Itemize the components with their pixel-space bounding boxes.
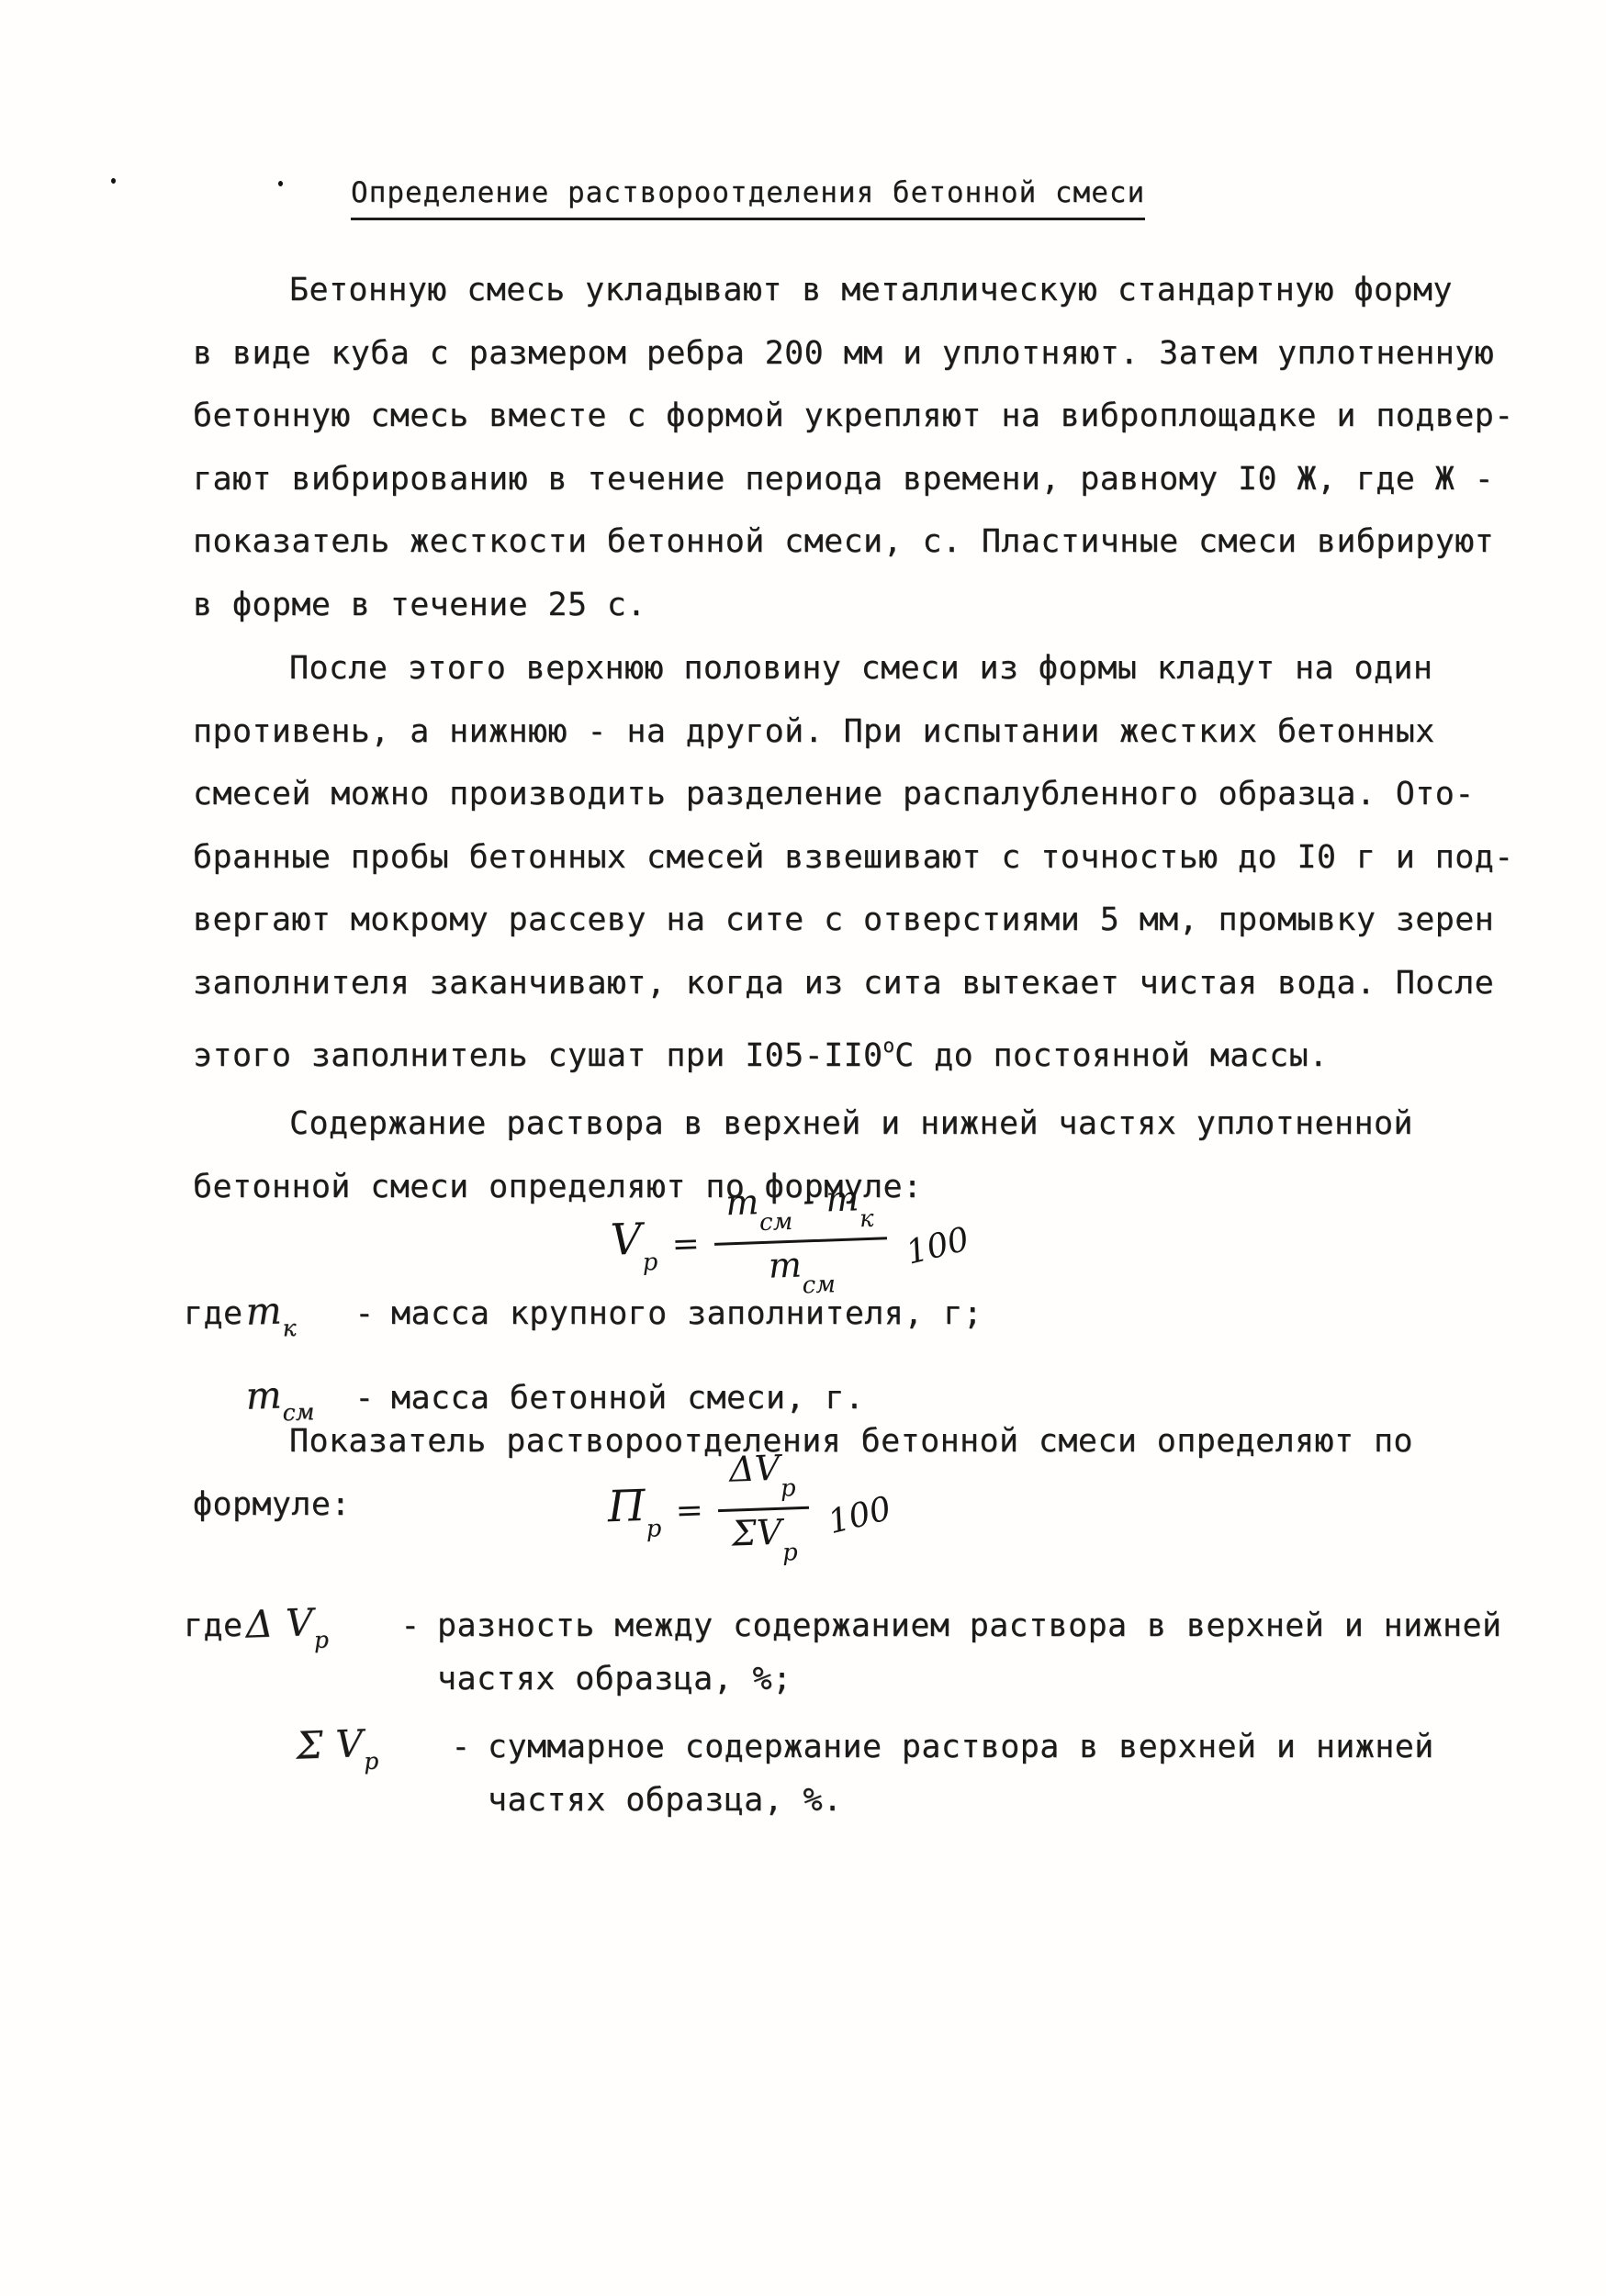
text-line: противень, а нижнюю - на другой. При исп…: [193, 700, 1514, 764]
formula-mortar-volume: Vр = mсм-mк mсм 100: [609, 1176, 969, 1305]
definition-text: суммарное содержание раствора в верхней …: [488, 1720, 1571, 1827]
where-label: где: [184, 1287, 246, 1340]
equals-sign: =: [671, 1227, 700, 1261]
scanned-document-page: Определение раствороотделения бетонной с…: [0, 0, 1606, 2296]
variable: m: [725, 1182, 760, 1223]
text-line: показатель жесткости бетонной смеси, с. …: [193, 510, 1514, 574]
variable-subscript: к: [859, 1205, 875, 1234]
fraction-numerator: ΔVр: [716, 1449, 810, 1512]
variable-subscript: к: [282, 1315, 297, 1342]
equals-sign: =: [675, 1494, 703, 1528]
where-definitions-2: где Δ Vр - разность между содержанием ра…: [184, 1599, 1571, 1827]
formula-lhs-variable: Vр: [610, 1217, 658, 1276]
variable-subscript: р: [313, 1626, 329, 1653]
definition-text: масса крупного заполнителя, г;: [391, 1287, 983, 1340]
dash: -: [434, 1720, 488, 1774]
multiplier-100: 100: [903, 1220, 973, 1271]
text-segment: этого заполнитель сушат при I05-II0: [193, 1037, 883, 1074]
text-line: бетонную смесь вместе с формой укрепляют…: [193, 385, 1514, 448]
variable: m: [245, 1288, 283, 1333]
delta-symbol: Δ: [729, 1449, 756, 1490]
delta-symbol: Δ: [245, 1602, 275, 1647]
where-label: где: [184, 1599, 246, 1652]
text-line: в форме в течение 25 с.: [193, 574, 1514, 637]
text-line: заполнителя заканчивают, когда из сита в…: [193, 952, 1514, 1015]
text-line: После этого верхнюю половину смеси из фо…: [193, 637, 1514, 700]
variable-subscript: р: [364, 1748, 379, 1775]
fraction-denominator: ΣVр: [731, 1509, 798, 1568]
definition-text: разность между содержанием раствора в ве…: [437, 1599, 1521, 1706]
text-line: бранные пробы бетонных смесей взвешивают…: [193, 826, 1514, 890]
minus-sign: -: [803, 1180, 815, 1220]
page-title: Определение раствороотделения бетонной с…: [351, 176, 1145, 220]
dash: -: [384, 1599, 437, 1652]
text-line: смесей можно производить разделение расп…: [193, 763, 1514, 826]
variable-subscript: р: [642, 1249, 658, 1277]
fraction-numerator: mсм-mк: [713, 1179, 888, 1245]
symbol-delta-v: Δ Vр: [245, 1596, 385, 1665]
symbol-mass-coarse: mк: [245, 1285, 339, 1352]
variable: V: [285, 1600, 314, 1645]
variable: П: [607, 1481, 646, 1532]
degree-superscript: о: [883, 1035, 895, 1057]
text-line: Бетонную смесь укладывают в металлическу…: [193, 259, 1514, 322]
symbol-sigma-v: Σ Vр: [296, 1718, 435, 1786]
multiplier-100: 100: [825, 1490, 895, 1541]
variable: V: [754, 1448, 781, 1489]
ink-speck: [111, 178, 116, 184]
variable: m: [825, 1178, 859, 1219]
sigma-symbol: Σ: [731, 1512, 757, 1553]
paragraph-1: Бетонную смесь укладывают в металлическу…: [193, 259, 1514, 636]
variable: V: [610, 1214, 643, 1265]
text-line: в виде куба с размером ребра 200 мм и уп…: [193, 322, 1514, 386]
paragraph-2: После этого верхнюю половину смеси из фо…: [193, 637, 1514, 1078]
variable: V: [335, 1721, 365, 1766]
text-line: вергают мокрому рассеву на сите с отверс…: [193, 889, 1514, 952]
variable-subscript: р: [646, 1515, 662, 1543]
text-line: Содержание раствора в верхней и нижней ч…: [193, 1092, 1413, 1156]
variable-subscript: р: [782, 1539, 799, 1567]
fraction: mсм-mк mсм: [713, 1179, 890, 1302]
definition-row: где Δ Vр - разность между содержанием ра…: [184, 1599, 1571, 1706]
variable-subscript: см: [759, 1208, 793, 1237]
text-segment: С до постоянной массы.: [894, 1037, 1328, 1074]
definition-row: Σ Vр - суммарное содержание раствора в в…: [184, 1720, 1571, 1827]
text-line: гают вибрированию в течение периода врем…: [193, 448, 1514, 511]
variable: m: [768, 1244, 803, 1285]
sigma-symbol: Σ: [296, 1723, 324, 1768]
text-line-with-superscript: этого заполнитель сушат при I05-II0оС до…: [193, 1014, 1514, 1078]
dash: -: [338, 1287, 391, 1340]
definition-row: где mк - масса крупного заполнителя, г;: [184, 1287, 983, 1351]
formula-lhs-variable: Пр: [607, 1484, 662, 1542]
variable-subscript: р: [780, 1474, 796, 1503]
formula-separation-index: Пр = ΔVр ΣVр 100: [606, 1446, 891, 1573]
ink-speck: [278, 181, 283, 186]
variable: V: [756, 1511, 782, 1552]
fraction: ΔVр ΣVр: [716, 1449, 812, 1569]
